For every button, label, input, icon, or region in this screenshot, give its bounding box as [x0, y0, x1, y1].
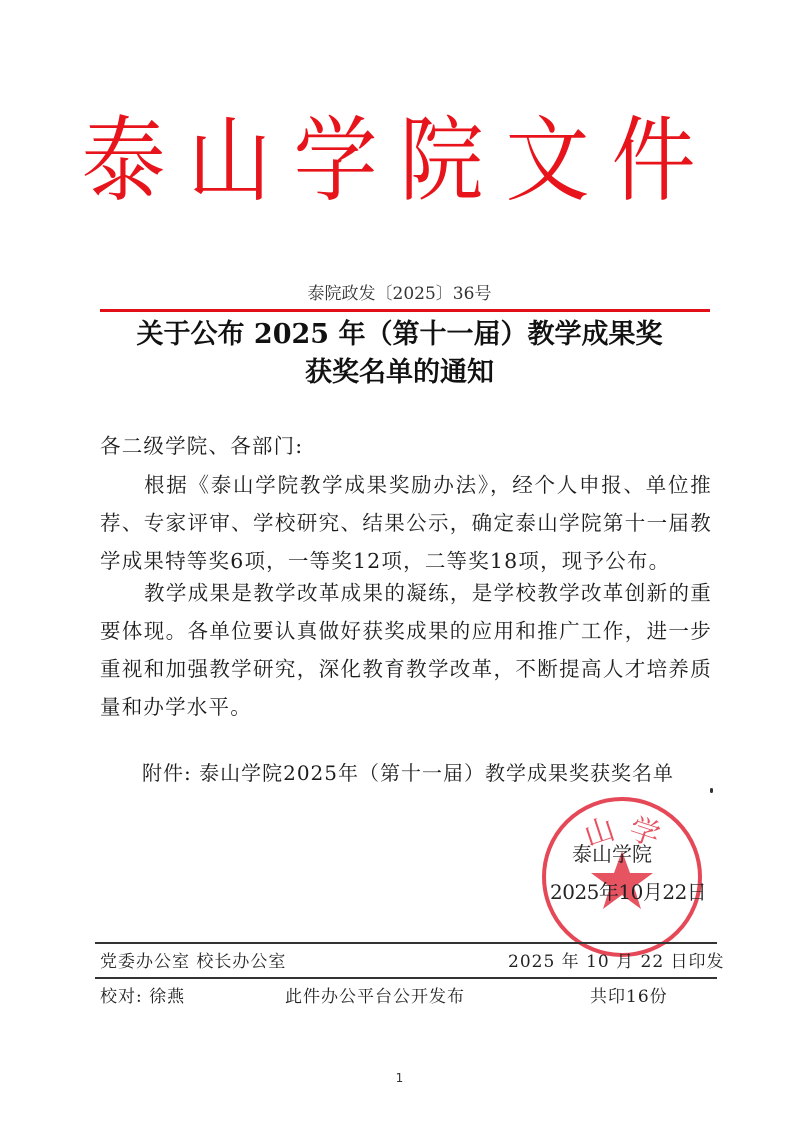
copies-count: 共印16份 [590, 982, 668, 1007]
body-paragraph-2: 教学成果是教学改革成果的凝练，是学校教学改革创新的重要体现。各单位要认真做好获奖… [100, 574, 712, 726]
document-number: 泰院政发〔2025〕36号 [0, 279, 799, 304]
notice-title-line2: 获奖名单的通知 [0, 353, 799, 393]
document-header-title: 泰山学院文件 [0, 100, 799, 221]
red-divider [100, 309, 710, 312]
attachment-line: 附件: 泰山学院2025年（第十一届）教学成果奖获奖名单 [142, 757, 674, 786]
notice-title-line1: 关于公布 2025 年（第十一届）教学成果奖 [0, 315, 799, 355]
issuing-offices: 党委办公室 校长办公室 [100, 947, 286, 972]
page-number: 1 [0, 1071, 799, 1085]
signing-date: 2025年10月22日 [550, 876, 706, 905]
footer-rule-middle [95, 977, 717, 979]
body-paragraph-1: 根据《泰山学院教学成果奖励办法》，经个人申报、单位推荐、专家评审、学校研究、结果… [100, 466, 712, 580]
print-date: 2025 年 10 月 22 日印发 [508, 947, 725, 972]
proofreader: 校对: 徐燕 [100, 982, 185, 1007]
signing-organization: 泰山学院 [572, 838, 652, 867]
scan-speck [710, 788, 713, 793]
publication-note: 此件办公平台公开发布 [285, 982, 465, 1007]
footer-rule-top [95, 942, 717, 944]
salutation: 各二级学院、各部门: [100, 427, 712, 465]
